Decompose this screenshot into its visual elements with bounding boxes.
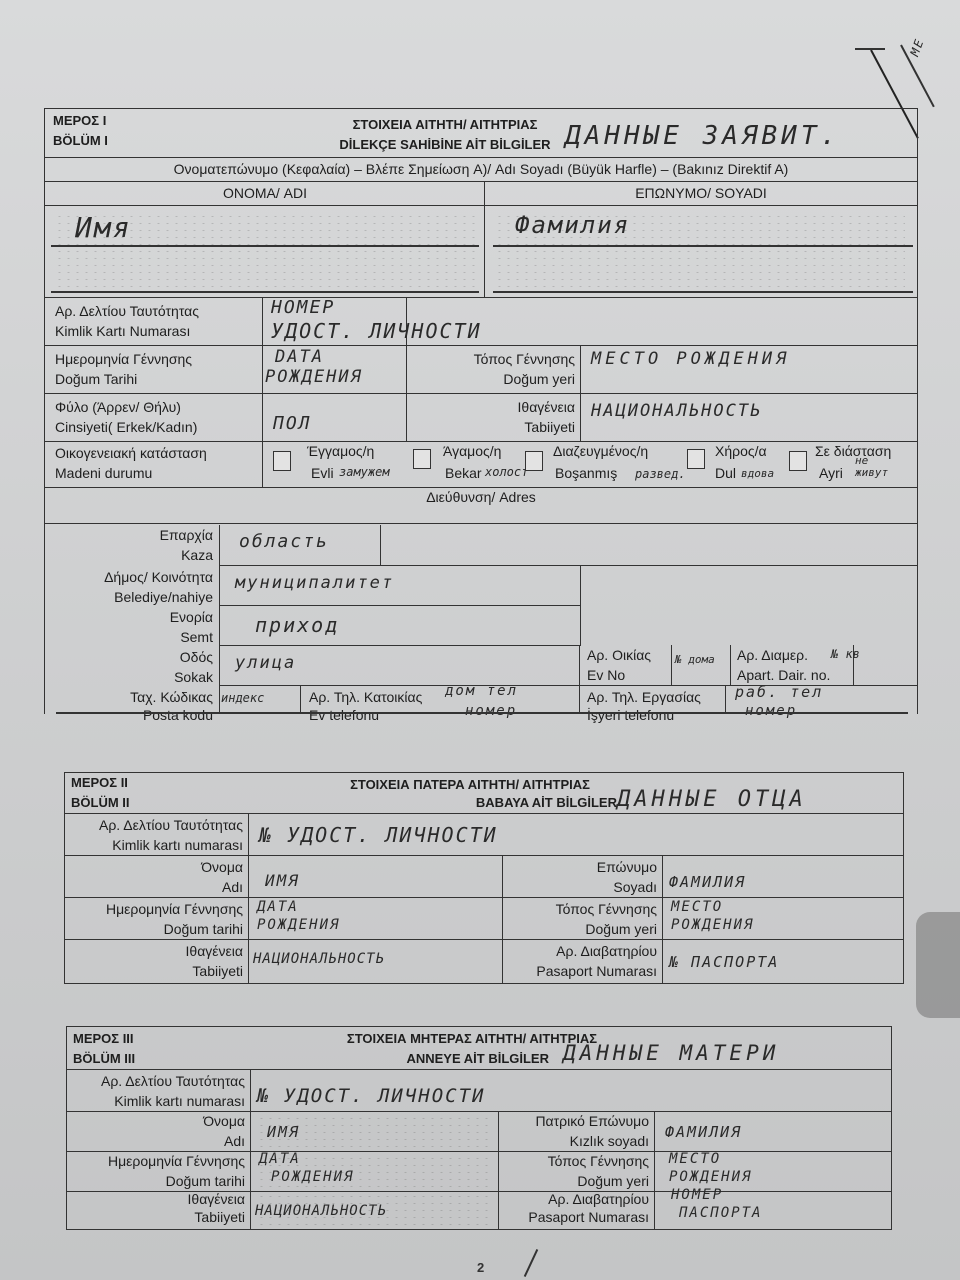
father-dob-field-line1[interactable]: ДАТА [257, 899, 299, 915]
first-name-field[interactable]: Имя [75, 211, 132, 244]
father-dob-label-tr: Doğum tarihi [65, 919, 243, 939]
divorced-label-gr: Διαζευγμένος/η [553, 441, 648, 461]
home-phone-label-tr: Ev telefonu [309, 705, 379, 725]
father-id-field[interactable]: № УДОСТ. ЛИЧНОСТИ [259, 823, 498, 847]
separated-checkbox[interactable] [789, 451, 807, 471]
part1-section: ΜΕΡΟΣ I BÖLÜM I ΣΤΟΙΧΕΙΑ ΑΙΤΗΤΗ/ ΑΙΤΗΤΡΙ… [44, 108, 918, 714]
parish-label-gr: Ενορία [45, 607, 213, 627]
mother-nationality-label-gr: Ιθαγένεια [67, 1189, 245, 1209]
mother-nationality-label-tr: Tabiiyeti [67, 1207, 245, 1227]
id-number-field-line1[interactable]: НОМЕР [271, 297, 335, 318]
married-checkbox[interactable] [273, 451, 291, 471]
father-passport-field[interactable]: № ПАСПОРТА [669, 953, 779, 971]
pob-label-gr: Τόπος Γέννησης [407, 349, 575, 369]
apartment-label-gr: Αρ. Διαμερ. [737, 645, 808, 665]
parish-value: приход [255, 613, 339, 637]
street-label-gr: Οδός [45, 647, 213, 667]
mother-maiden-label-tr: Kızlık soyadı [499, 1131, 649, 1151]
single-label-tr: Bekar [445, 463, 482, 483]
father-surname-field[interactable]: ФАМИЛИЯ [669, 873, 746, 891]
father-nationality-label-gr: Ιθαγένεια [65, 941, 243, 961]
widowed-handwritten: вдова [741, 467, 774, 480]
father-passport-label-gr: Αρ. Διαβατηρίου [503, 941, 657, 961]
father-passport-label-tr: Pasaport Numarası [503, 961, 657, 981]
work-phone-label-tr: İşyeri telefonu [587, 705, 674, 725]
dob-label-gr: Ημερομηνία Γέννησης [55, 349, 192, 369]
postal-value: индекс [221, 691, 264, 705]
id-label-gr: Αρ. Δελτίου Ταυτότητας [55, 301, 199, 321]
father-name-field[interactable]: ИМЯ [265, 871, 300, 890]
mother-name-label-gr: Όνομα [67, 1111, 245, 1131]
sex-label-gr: Φύλο (Άρρεν/ Θήλυ) [55, 397, 181, 417]
part1-label-gr: ΜΕΡΟΣ I [53, 111, 106, 131]
municipality-label-gr: Δήμος/ Κοινότητα [45, 567, 213, 587]
mother-pob-field-line2[interactable]: РОЖДЕНИЯ [669, 1169, 752, 1185]
father-dob-label-gr: Ημερομηνία Γέννησης [65, 899, 243, 919]
mother-name-label-tr: Adı [67, 1131, 245, 1151]
father-id-label-gr: Αρ. Δελτίου Ταυτότητας [65, 815, 243, 835]
marital-label-gr: Οικογενειακή κατάσταση [55, 443, 207, 463]
nationality-field[interactable]: НАЦИОНАЛЬНОСТЬ [591, 401, 762, 421]
dob-field-line1[interactable]: DATA [275, 347, 324, 367]
father-name-label-gr: Όνομα [65, 857, 243, 877]
mother-maiden-label-gr: Πατρικό Επώνυμο [499, 1111, 649, 1131]
part2-label-gr: ΜΕΡΟΣ II [71, 773, 128, 793]
separated-handwritten: не живут [855, 455, 905, 479]
side-overlay-handle[interactable] [916, 912, 960, 1018]
mother-id-label-tr: Kimlik kartı numarası [67, 1091, 245, 1111]
part3-label-tr: BÖLÜM III [73, 1049, 135, 1069]
mother-nationality-field[interactable]: НАЦИОНАЛЬНОСТЬ [255, 1203, 387, 1219]
widowed-label-gr: Χήρος/α [715, 441, 767, 461]
part2-title-gr: ΣΤΟΙΧΕΙΑ ΠΑΤΕΡΑ ΑΙΤΗΤΗ/ ΑΙΤΗΤΡΙΑΣ [305, 775, 635, 795]
work-phone-value-1[interactable]: раб. тел [735, 683, 823, 701]
part1-title-handwritten: ДАННЫЕ ЗАЯВИТ. [565, 121, 840, 151]
street-label-tr: Sokak [45, 667, 213, 687]
first-name-header: ΟΝΟΜΑ/ ADI [45, 183, 485, 203]
mother-passport-label-tr: Pasaport Numarası [499, 1207, 649, 1227]
part3-title-handwritten: ДАННЫЕ МАТЕРИ [563, 1041, 779, 1065]
house-no-label-tr: Ev No [587, 665, 625, 685]
father-name-label-tr: Adı [65, 877, 243, 897]
mother-passport-field-line1[interactable]: НОМЕР [671, 1187, 723, 1203]
part2-section: ΜΕΡΟΣ II BÖLÜM II ΣΤΟΙΧΕΙΑ ΠΑΤΕΡΑ ΑΙΤΗΤΗ… [64, 772, 904, 984]
district-label-gr: Επαρχία [45, 525, 213, 545]
id-label-tr: Kimlik Kartı Numarası [55, 321, 190, 341]
divorced-checkbox[interactable] [525, 451, 543, 471]
divorced-label-tr: Boşanmış [555, 463, 617, 483]
father-pob-label-gr: Τόπος Γέννησης [503, 899, 657, 919]
married-label-gr: Έγγαμος/η [307, 441, 374, 461]
home-phone-value-1[interactable]: дом тел [445, 683, 518, 699]
apartment-value: № кв [831, 647, 860, 661]
mother-name-field[interactable]: ИМЯ [267, 1123, 300, 1141]
single-checkbox[interactable] [413, 449, 431, 469]
house-no-value: № дома [675, 653, 715, 666]
separated-label-tr: Ayri [819, 463, 843, 483]
pob-field[interactable]: МЕСТО РОЖДЕНИЯ [591, 349, 790, 369]
widowed-checkbox[interactable] [687, 449, 705, 469]
father-pob-field-line2[interactable]: РОЖДЕНИЯ [671, 917, 754, 933]
apartment-label-tr: Apart. Dair. no. [737, 665, 830, 685]
part1-label-tr: BÖLÜM I [53, 131, 108, 151]
last-name-field[interactable]: Фамилия [515, 211, 630, 239]
dob-label-tr: Doğum Tarihi [55, 369, 137, 389]
sex-label-tr: Cinsiyeti( Erkek/Kadın) [55, 417, 197, 437]
dob-field-line2[interactable]: РОЖДЕНИЯ [265, 367, 363, 387]
father-surname-label-tr: Soyadı [503, 877, 657, 897]
postal-label-gr: Ταχ. Κώδικας [45, 687, 213, 707]
father-nationality-label-tr: Tabiiyeti [65, 961, 243, 981]
work-phone-value-2[interactable]: номер [745, 703, 797, 719]
father-nationality-field[interactable]: НАЦИОНАЛЬНОСТЬ [253, 951, 385, 967]
mother-pob-label-gr: Τόπος Γέννησης [499, 1151, 649, 1171]
part1-title-tr: DİLEKÇE SAHİBİNE AİT BİLGİLER [275, 135, 615, 155]
part2-title-tr: BABAYA AİT BİLGİLER [305, 793, 617, 813]
father-pob-label-tr: Doğum yeri [503, 919, 657, 939]
married-label-tr: Evli [311, 463, 334, 483]
postal-label-tr: Posta kodu [45, 705, 213, 725]
mother-passport-label-gr: Αρ. Διαβατηρίου [499, 1189, 649, 1209]
address-header: Διεύθυνση/ Adres [45, 487, 917, 507]
id-number-field-line2[interactable]: УДОСТ. ЛИЧНОСТИ [271, 319, 482, 343]
nationality-label-gr: Ιθαγένεια [407, 397, 575, 417]
mother-id-field[interactable]: № УДОСТ. ЛИЧНОСТИ [257, 1085, 485, 1107]
mother-dob-label-gr: Ημερομηνία Γέννησης [67, 1151, 245, 1171]
work-phone-label-gr: Αρ. Τηλ. Εργασίας [587, 687, 701, 707]
municipality-value: муниципалитет [235, 573, 394, 593]
pob-label-tr: Doğum yeri [407, 369, 575, 389]
part2-title-handwritten: ДАННЫЕ ОТЦА [617, 787, 807, 812]
father-pob-field-line1[interactable]: МЕСТО [671, 899, 723, 915]
municipality-label-tr: Belediye/nahiye [45, 587, 213, 607]
father-surname-label-gr: Επώνυμο [503, 857, 657, 877]
home-phone-value-2[interactable]: номер [465, 703, 517, 719]
part1-title-gr: ΣΤΟΙΧΕΙΑ ΑΙΤΗΤΗ/ ΑΙΤΗΤΡΙΑΣ [275, 115, 615, 135]
parish-label-tr: Semt [45, 627, 213, 647]
father-dob-field-line2[interactable]: РОЖДЕНИЯ [257, 917, 340, 933]
mother-pob-field-line1[interactable]: МЕСТО [669, 1151, 721, 1167]
mother-id-label-gr: Αρ. Δελτίου Ταυτότητας [67, 1071, 245, 1091]
district-label-tr: Kaza [45, 545, 213, 565]
part3-label-gr: ΜΕΡΟΣ III [73, 1029, 134, 1049]
marital-label-tr: Madeni durumu [55, 463, 152, 483]
father-id-label-tr: Kimlik kartı numarası [65, 835, 243, 855]
district-value: область [239, 531, 329, 552]
mother-maiden-field[interactable]: ФАМИЛИЯ [665, 1123, 742, 1141]
mother-pob-label-tr: Doğum yeri [499, 1171, 649, 1191]
name-instruction: Ονοματεπώνυμο (Κεφαλαία) – Βλέπε Σημείωσ… [45, 159, 917, 179]
nationality-label-tr: Tabiiyeti [407, 417, 575, 437]
widowed-label-tr: Dul [715, 463, 736, 483]
street-value: улица [235, 653, 296, 673]
mother-dob-label-tr: Doğum tarihi [67, 1171, 245, 1191]
divorced-handwritten: развед. [635, 467, 686, 481]
part3-title-tr: ANNEYE AİT BİLGİLER [307, 1049, 549, 1069]
house-no-label-gr: Αρ. Οικίας [587, 645, 651, 665]
single-handwritten: холост [485, 465, 528, 479]
part3-section: ΜΕΡΟΣ III BÖLÜM III ΣΤΟΙΧΕΙΑ ΜΗΤΕΡΑΣ ΑΙΤ… [66, 1026, 892, 1230]
mother-dob-field-line1[interactable]: ДАТА [259, 1151, 301, 1167]
last-name-header: ΕΠΩΝΥΜΟ/ SOYADI [485, 183, 917, 203]
single-label-gr: Άγαμος/η [443, 441, 501, 461]
sex-field[interactable]: ПОЛ [273, 413, 312, 434]
home-phone-label-gr: Αρ. Τηλ. Κατοικίας [309, 687, 422, 707]
married-handwritten: замужем [339, 465, 390, 479]
mother-passport-field-line2[interactable]: ПАСПОРТА [679, 1205, 762, 1221]
page-number: 2 [477, 1260, 484, 1275]
mother-dob-field-line2[interactable]: РОЖДЕНИЯ [271, 1169, 354, 1185]
pen-stroke [524, 1249, 538, 1277]
part2-label-tr: BÖLÜM II [71, 793, 130, 813]
